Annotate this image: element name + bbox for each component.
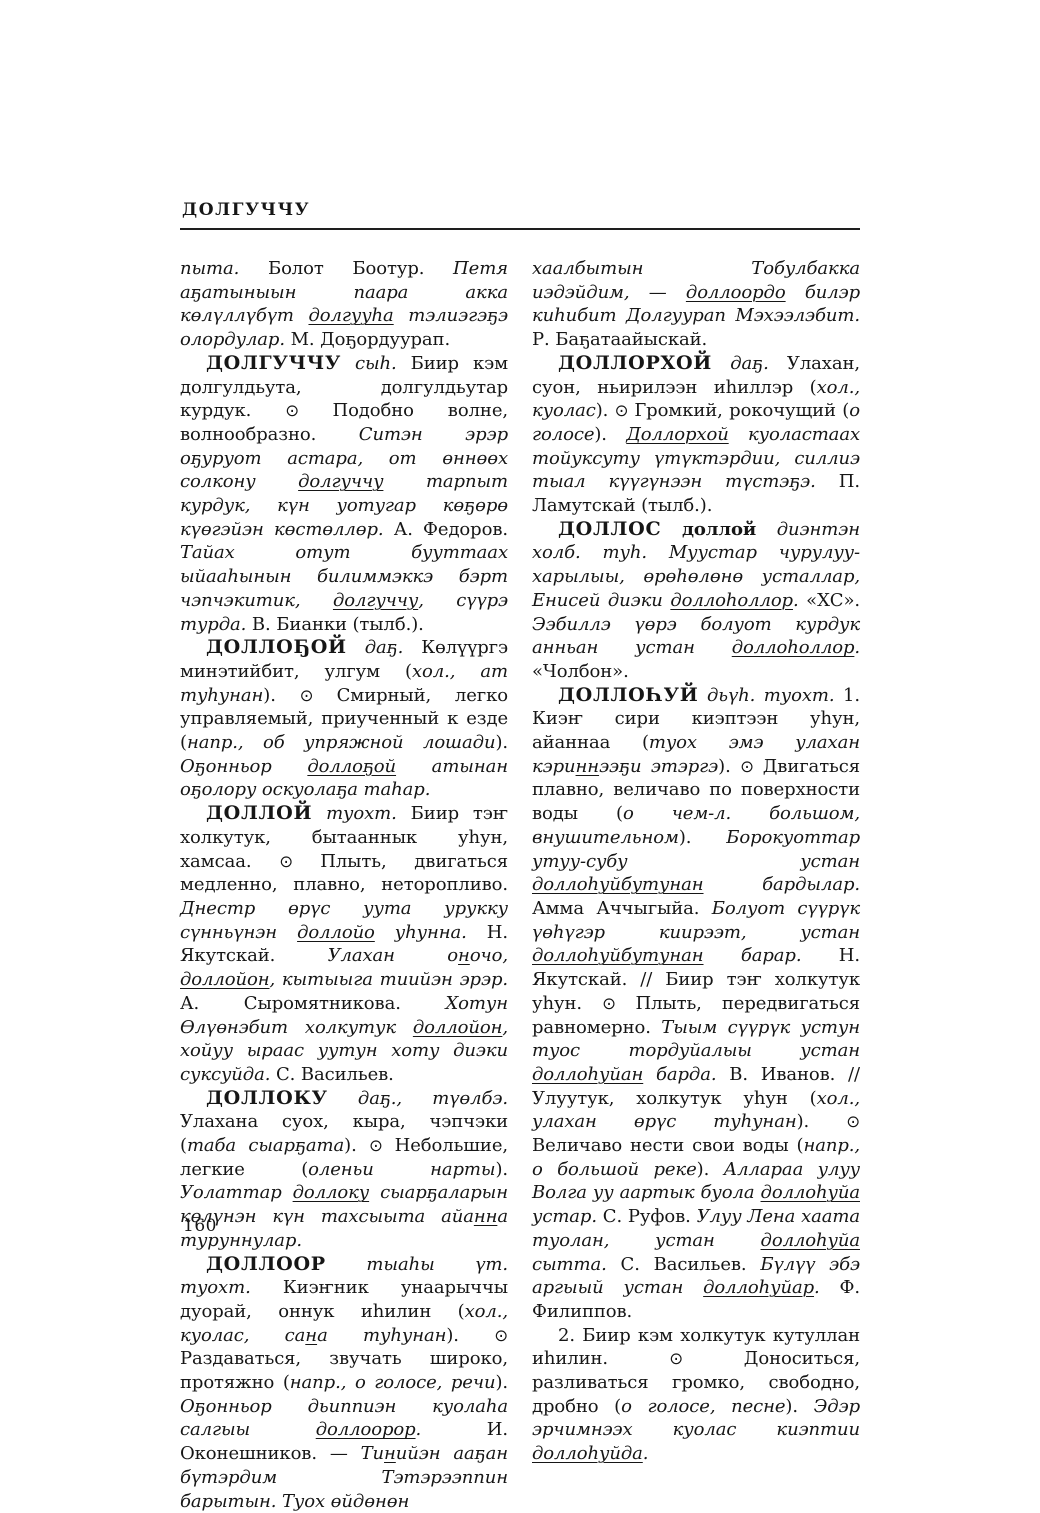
text-columns: пыта. Болот Боотур. Петя аҕатыныын паара… [180,257,860,1513]
entry-dolloku: ДОЛЛОКУ даҕ., түөлбэ. Улахана суох, кыра… [180,1087,508,1253]
sense-marker-icon: ⊙ [494,1326,508,1345]
entry-dollohuy: ДОЛЛОҺУЙ дьүһ. туохт. 1. Киэҥ сири киэпт… [532,684,860,1324]
column-right: хаалбытын Тобулбакка иэдэйдим, — доллоор… [532,257,860,1513]
sense-marker-icon: ⊙ [285,401,332,420]
sense-marker-icon: ⊙ [369,1136,395,1155]
entry-dolloor: ДОЛЛООР тыаһы үт. туохт. Киэҥник унаарыч… [180,1253,508,1513]
header-rule [180,228,860,230]
entry-dollorkhoy: ДОЛЛОРХОЙ даҕ. Улахан, суон, ньирилээн и… [532,352,860,518]
entry-dolloy: ДОЛЛОЙ туохт. Биир тэҥ холкутук, бытаанн… [180,802,508,1086]
continuation-paragraph: хаалбытын Тобулбакка иэдэйдим, — доллоор… [532,257,860,352]
sense-marker-icon: ⊙ [669,1349,744,1368]
entry-dollohuy-sense-2: 2. Биир кэм холкутук кутуллан иһилин. ⊙ … [532,1324,860,1466]
entry-dolguchchu: ДОЛГУЧЧУ сыһ. Биир кэм долгулдьута, долг… [180,352,508,636]
sense-marker-icon: ⊙ [846,1112,860,1131]
running-head: ДОЛГУЧЧУ [180,200,860,228]
sense-marker-icon: ⊙ [602,994,635,1013]
entry-dollos: ДОЛЛОС доллой диэнтэн холб. туһ. Муустар… [532,518,860,684]
sense-marker-icon: ⊙ [279,852,320,871]
continuation-paragraph: пыта. Болот Боотур. Петя аҕатыныын паара… [180,257,508,352]
sense-marker-icon: ⊙ [615,401,635,420]
column-left: пыта. Болот Боотур. Петя аҕатыныын паара… [180,257,508,1513]
sense-marker-icon: ⊙ [300,686,337,705]
entry-dollogoy: ДОЛЛОҔОЙ даҕ. Көлүүргэ минэтийбит, улгум… [180,636,508,802]
page-content: ДОЛГУЧЧУ пыта. Болот Боотур. Петя аҕатын… [180,200,860,1513]
dictionary-page: ДОЛГУЧЧУ пыта. Болот Боотур. Петя аҕатын… [0,0,1040,1473]
page-number: 160 [183,1216,217,1236]
sense-marker-icon: ⊙ [740,757,763,776]
